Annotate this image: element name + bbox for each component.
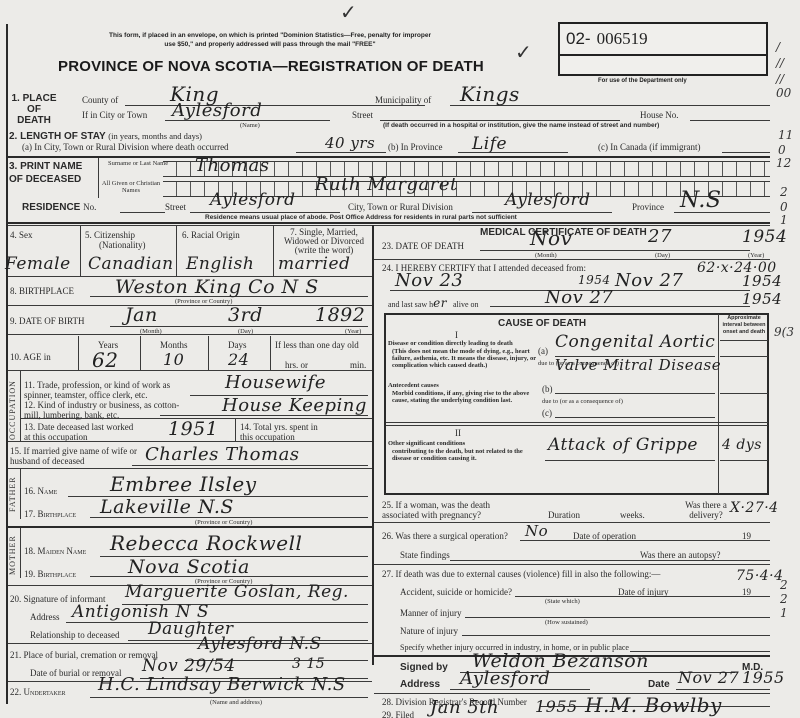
margin-mark: 9(3 bbox=[774, 325, 794, 339]
mother-side-label: MOTHER bbox=[8, 535, 17, 575]
place-of-death-label: 1. PLACEOFDEATH bbox=[9, 93, 59, 126]
undertaker-value: H.C. Lindsay Berwick N.S bbox=[98, 674, 346, 695]
signature-date-label: Date bbox=[648, 679, 670, 690]
signature-address-value: Aylesford bbox=[460, 668, 550, 689]
margin-code-x27: X·27·4 bbox=[730, 500, 779, 516]
city-label: If in City or Town bbox=[82, 110, 147, 120]
father-birthplace-label: 17. Birthplace bbox=[24, 509, 76, 519]
date-of-death-day: 27 bbox=[648, 226, 672, 247]
other-conditions-label: Other significant conditions bbox=[388, 440, 465, 447]
cause-b-label: (b) bbox=[542, 384, 553, 394]
margin-mark: 0 bbox=[780, 200, 788, 214]
signature-date-year: 1955 bbox=[742, 668, 785, 687]
antecedent-note: Morbid conditions, if any, giving rise t… bbox=[392, 390, 540, 404]
filed-value: Jan 5th bbox=[430, 697, 499, 718]
margin-mark: // bbox=[776, 56, 784, 70]
municipality-label: Municipality of bbox=[375, 95, 431, 105]
margin-mark: 12 bbox=[776, 156, 791, 170]
total-years-label: 14. Total yrs. spent in this occupation bbox=[240, 422, 330, 442]
racial-origin-label: 6. Racial Origin bbox=[182, 230, 240, 240]
relationship-label: Relationship to deceased bbox=[30, 630, 119, 640]
operation-year-prefix: 19 bbox=[742, 531, 751, 541]
age-years-value: 62 bbox=[92, 348, 118, 372]
marital-status-label: 7. Single, Married, Widowed or Divorced(… bbox=[278, 228, 370, 255]
operation-date-label: Date of operation bbox=[573, 531, 636, 541]
date-of-death-label: 23. DATE OF DEATH bbox=[382, 241, 464, 251]
other-conditions-note: contributing to the death, but not relat… bbox=[392, 448, 540, 462]
state-hint: (State which) bbox=[545, 598, 580, 605]
margin-mark: 00 bbox=[776, 86, 791, 100]
less-than-day-label: If less than one day old bbox=[275, 340, 359, 350]
undertaker-label: 22. Undertaker bbox=[10, 687, 66, 697]
birthplace-label: 8. BIRTHPLACE bbox=[10, 286, 74, 296]
age-days-value: 24 bbox=[228, 350, 249, 369]
residence-note: Residence means usual place of abode. Po… bbox=[205, 214, 517, 221]
other-conditions-value: Attack of Grippe bbox=[548, 435, 698, 455]
mother-maiden-value: Rebecca Rockwell bbox=[110, 531, 302, 555]
margin-mark: 1 bbox=[780, 213, 788, 227]
signature-date-value: Nov 27 bbox=[678, 668, 739, 687]
length-of-stay-label: 2. LENGTH OF STAY (in years, months and … bbox=[9, 131, 202, 142]
cause-a-value-2: Valve Mitral Disease bbox=[555, 356, 721, 374]
attended-from-value: Nov 23 bbox=[395, 270, 463, 291]
filed-year: 1955 bbox=[535, 697, 578, 716]
mother-birthplace-value: Nova Scotia bbox=[128, 556, 250, 578]
father-birthplace-value: Lakeville N.S bbox=[100, 496, 234, 518]
date-of-death-month: Nov bbox=[530, 226, 572, 250]
father-name-value: Embree Ilsley bbox=[110, 472, 257, 496]
stay-city-label: (a) In City, Town or Rural Division wher… bbox=[22, 142, 229, 152]
day-hint: (Day) bbox=[655, 252, 670, 259]
last-worked-value: 1951 bbox=[168, 418, 218, 440]
external-causes-label: 27. If death was due to external causes … bbox=[382, 569, 660, 579]
findings-label: State findings bbox=[400, 550, 450, 560]
trade-value: Housewife bbox=[225, 372, 326, 393]
cause-c-label: (c) bbox=[542, 408, 552, 418]
county-label: County of bbox=[82, 95, 118, 105]
residence-city-label: City, Town or Rural Division bbox=[348, 202, 453, 212]
dob-month: Jan bbox=[125, 304, 158, 326]
death-registration-form: ✓ ✓ This form, if placed in an envelope,… bbox=[0, 0, 800, 718]
margin-code-75: 75·4·4 bbox=[736, 568, 784, 584]
trade-label: 11. Trade, profession, or kind of work a… bbox=[24, 380, 189, 400]
spouse-value: Charles Thomas bbox=[145, 444, 300, 465]
industry-value: House Keeping bbox=[222, 395, 367, 416]
residence-street-value: Aylesford bbox=[210, 190, 295, 210]
last-saw-value: Nov 27 bbox=[545, 287, 613, 308]
left-border bbox=[6, 24, 8, 704]
margin-mark: 11 bbox=[778, 128, 793, 142]
delivery-label: Was there a delivery? bbox=[676, 500, 736, 520]
father-name-label: 16. Name bbox=[24, 486, 57, 496]
other-interval-value: 4 dys bbox=[722, 437, 762, 453]
informant-address-label: Address bbox=[30, 612, 60, 622]
street-label: Street bbox=[352, 110, 373, 120]
stay-canada-label: (c) In Canada (if immigrant) bbox=[598, 142, 700, 152]
municipality-value: Kings bbox=[460, 82, 520, 106]
cause-a-value: Congenital Aortic bbox=[555, 332, 715, 352]
division-registrar-value: H.M. Bowlby bbox=[585, 693, 722, 717]
direct-cause-label: Disease or condition directly leading to… bbox=[388, 340, 513, 347]
pregnancy-label: 25. If a woman, was the death associated… bbox=[382, 500, 517, 520]
print-name-label: 3. PRINT NAMEOF DECEASED bbox=[9, 160, 82, 186]
mail-notice: This form, if placed in an envelope, on … bbox=[70, 31, 470, 49]
check-mark: ✓ bbox=[515, 40, 532, 64]
accident-label: Accident, suicide or homicide? bbox=[400, 587, 512, 597]
min-label: min. bbox=[350, 360, 366, 370]
registration-number-box: 02-006519 bbox=[558, 22, 768, 76]
direct-cause-note: (This does not mean the mode of dying, e… bbox=[392, 348, 540, 369]
undertaker-hint: (Name and address) bbox=[210, 699, 262, 706]
nature-label: Nature of injury bbox=[400, 626, 458, 636]
year-hint: (Year) bbox=[748, 252, 764, 259]
residence-label: RESIDENCE No. bbox=[22, 202, 96, 213]
surname-label: Surname or Last Name bbox=[108, 160, 158, 167]
margin-mark: // bbox=[776, 72, 784, 86]
sex-label: 4. Sex bbox=[10, 230, 33, 240]
mother-maiden-label: 18. Maiden Name bbox=[24, 546, 86, 556]
margin-mark: 2 bbox=[780, 185, 788, 199]
check-mark: ✓ bbox=[340, 0, 357, 24]
attended-from-year: 1954 bbox=[578, 273, 611, 287]
dob-year: 1892 bbox=[315, 304, 365, 326]
residence-street-label: Street bbox=[165, 202, 186, 212]
residence-province-value: N.S bbox=[680, 188, 721, 213]
margin-mark: 1 bbox=[780, 606, 788, 620]
citizenship-label: 5. Citizenship(Nationality) bbox=[85, 230, 146, 250]
month-hint: (Month) bbox=[535, 252, 557, 259]
age-days-label: Days bbox=[228, 340, 247, 350]
injury-year-prefix: 19 bbox=[742, 587, 751, 597]
interval-header: Approximate interval between onset and d… bbox=[720, 315, 768, 336]
age-months-label: Months bbox=[160, 340, 188, 350]
signature-address-label: Address bbox=[400, 679, 440, 690]
duration-label: Duration bbox=[548, 510, 580, 520]
citizenship-value: Canadian bbox=[88, 254, 174, 274]
injury-date-label: Date of injury bbox=[618, 587, 668, 597]
birthplace-value: Weston King Co N S bbox=[115, 276, 319, 298]
age-months-value: 10 bbox=[163, 350, 184, 369]
date-of-birth-label: 9. DATE OF BIRTH bbox=[10, 316, 84, 326]
operation-label: 26. Was there a surgical operation? bbox=[382, 531, 508, 541]
province-hint: (Province or Country) bbox=[195, 519, 252, 526]
signed-by-label: Signed by bbox=[400, 662, 448, 673]
burial-place-value: Aylesford N.S bbox=[198, 634, 322, 654]
stay-province-label: (b) In Province bbox=[388, 142, 442, 152]
margin-mark: / bbox=[776, 40, 780, 54]
given-names-value: Ruth Margaret bbox=[315, 174, 458, 195]
informant-signature-value: Marguerite Goslan, Reg. bbox=[125, 582, 349, 602]
city-value: Aylesford bbox=[172, 100, 262, 121]
part-ii-label: II bbox=[455, 428, 461, 438]
dob-day: 3rd bbox=[228, 304, 263, 326]
burial-extra-mark: 3 15 bbox=[292, 656, 325, 672]
hrs-label: hrs. or bbox=[285, 360, 308, 370]
sex-value: Female bbox=[5, 254, 71, 274]
weeks-label: weeks. bbox=[620, 510, 645, 520]
last-worked-label: 13. Date deceased last worked at this oc… bbox=[24, 422, 134, 442]
form-title: PROVINCE OF NOVA SCOTIA—REGISTRATION OF … bbox=[58, 58, 484, 75]
burial-place-label: 21. Place of burial, cremation or remova… bbox=[10, 650, 158, 660]
date-of-death-year: 1954 bbox=[742, 227, 787, 247]
operation-value: No bbox=[525, 522, 548, 540]
occupation-side-label: OCCUPATION bbox=[8, 380, 17, 440]
spouse-label: 15. If married give name of wife or husb… bbox=[10, 446, 140, 466]
margin-mark: 2 bbox=[780, 578, 788, 592]
stay-province-value: Life bbox=[472, 134, 507, 154]
attended-to-value: Nov 27 bbox=[615, 270, 683, 291]
hospital-note: (If death occurred in a hospital or inst… bbox=[383, 122, 659, 129]
last-saw-year: 1954 bbox=[742, 290, 782, 308]
province-hint: (Province or Country) bbox=[175, 298, 232, 305]
manner-hint: (How sustained) bbox=[545, 619, 588, 626]
residence-city-value: Aylesford bbox=[505, 190, 590, 210]
surname-value: Thomas bbox=[195, 155, 269, 176]
margin-mark: 2 bbox=[780, 592, 788, 606]
marital-status-value: married bbox=[278, 254, 350, 274]
filed-label: 29. Filed bbox=[382, 710, 414, 718]
racial-origin-value: English bbox=[186, 254, 254, 274]
antecedent-label: Antecedent causes bbox=[388, 382, 439, 389]
autopsy-label: Was there an autopsy? bbox=[640, 550, 721, 560]
burial-date-value: Nov 29/54 bbox=[142, 656, 236, 676]
margin-mark: 0 bbox=[778, 143, 786, 157]
department-note: For use of the Department only bbox=[598, 78, 687, 84]
age-label: 10. AGE in bbox=[10, 352, 51, 362]
registration-number: 02-006519 bbox=[566, 29, 648, 49]
father-side-label: FATHER bbox=[8, 476, 17, 512]
house-no-label: House No. bbox=[640, 110, 679, 120]
attended-to-year: 1954 bbox=[742, 272, 782, 290]
stay-city-value: 40 yrs bbox=[325, 134, 375, 152]
manner-label: Manner of injury bbox=[400, 608, 461, 618]
residence-province-label: Province bbox=[632, 202, 664, 212]
cause-of-death-heading: CAUSE OF DEATH bbox=[498, 318, 586, 329]
mother-birthplace-label: 19. Birthplace bbox=[24, 569, 76, 579]
part-i-label: I bbox=[455, 330, 458, 340]
due-to-label: due to (or as a consequence of) bbox=[542, 398, 623, 405]
cause-a-label: (a) bbox=[538, 346, 548, 356]
name-hint: (Name) bbox=[240, 122, 260, 129]
industry-label: 12. Kind of industry or business, as cot… bbox=[24, 400, 189, 420]
given-names-label: All Given or Christian Names bbox=[100, 180, 162, 194]
last-saw-label: and last saw her alive on bbox=[388, 296, 479, 310]
